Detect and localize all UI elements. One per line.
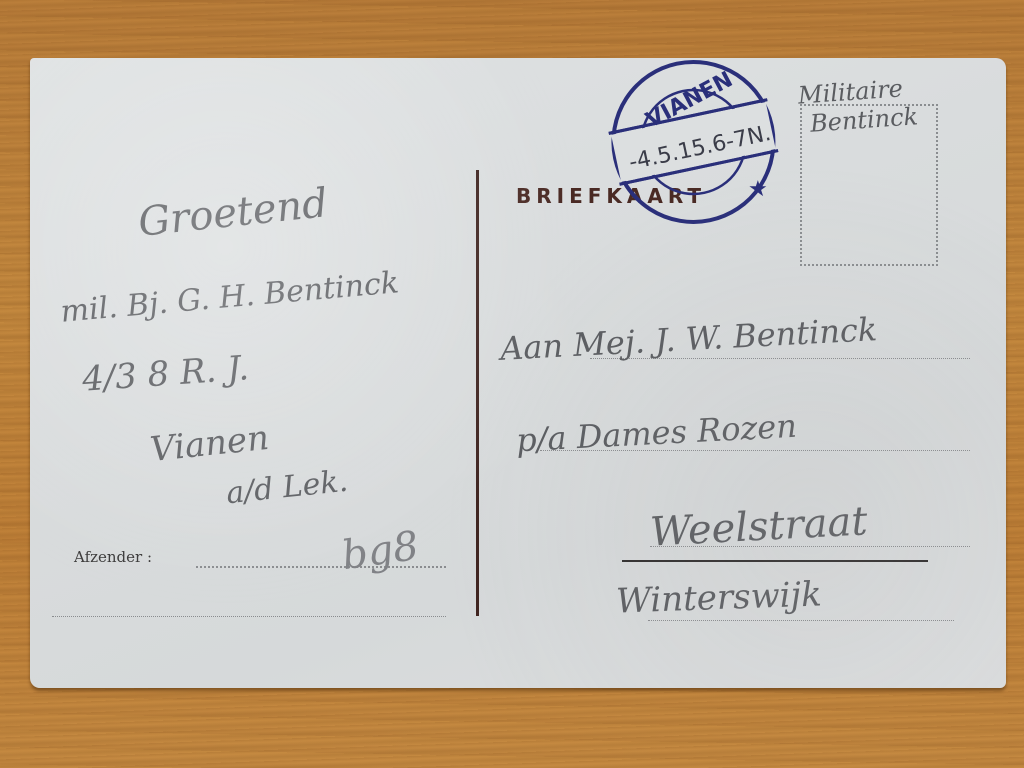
address-line-4: Winterswijk bbox=[615, 574, 822, 621]
sender-label: Afzender : bbox=[74, 548, 152, 566]
message-line-1: Groetend bbox=[136, 180, 330, 246]
message-line-3: 4/3 8 R. J. bbox=[81, 348, 250, 400]
sender-dotted-line-2 bbox=[52, 616, 446, 617]
address-line-1: Aan Mej. J. W. Bentinck bbox=[499, 310, 878, 368]
message-line-4: Vianen bbox=[148, 418, 271, 470]
sender-scribble: bg8 bbox=[339, 523, 421, 579]
message-line-2: mil. Bj. G. H. Bentinck bbox=[59, 265, 400, 329]
address-line-2: p/a Dames Rozen bbox=[515, 407, 797, 460]
postmark-stamp: VIANEN -4.5.15.6-7N. ★ bbox=[598, 50, 788, 224]
postcard: Groetend mil. Bj. G. H. Bentinck 4/3 8 R… bbox=[30, 58, 1006, 688]
center-divider bbox=[476, 170, 479, 616]
address-underline bbox=[622, 560, 928, 562]
postmark-star-icon: ★ bbox=[748, 177, 768, 202]
message-line-5: a/d Lek. bbox=[225, 464, 350, 512]
address-line-4-dots bbox=[648, 620, 954, 621]
address-line-3: Weelstraat bbox=[649, 498, 869, 555]
